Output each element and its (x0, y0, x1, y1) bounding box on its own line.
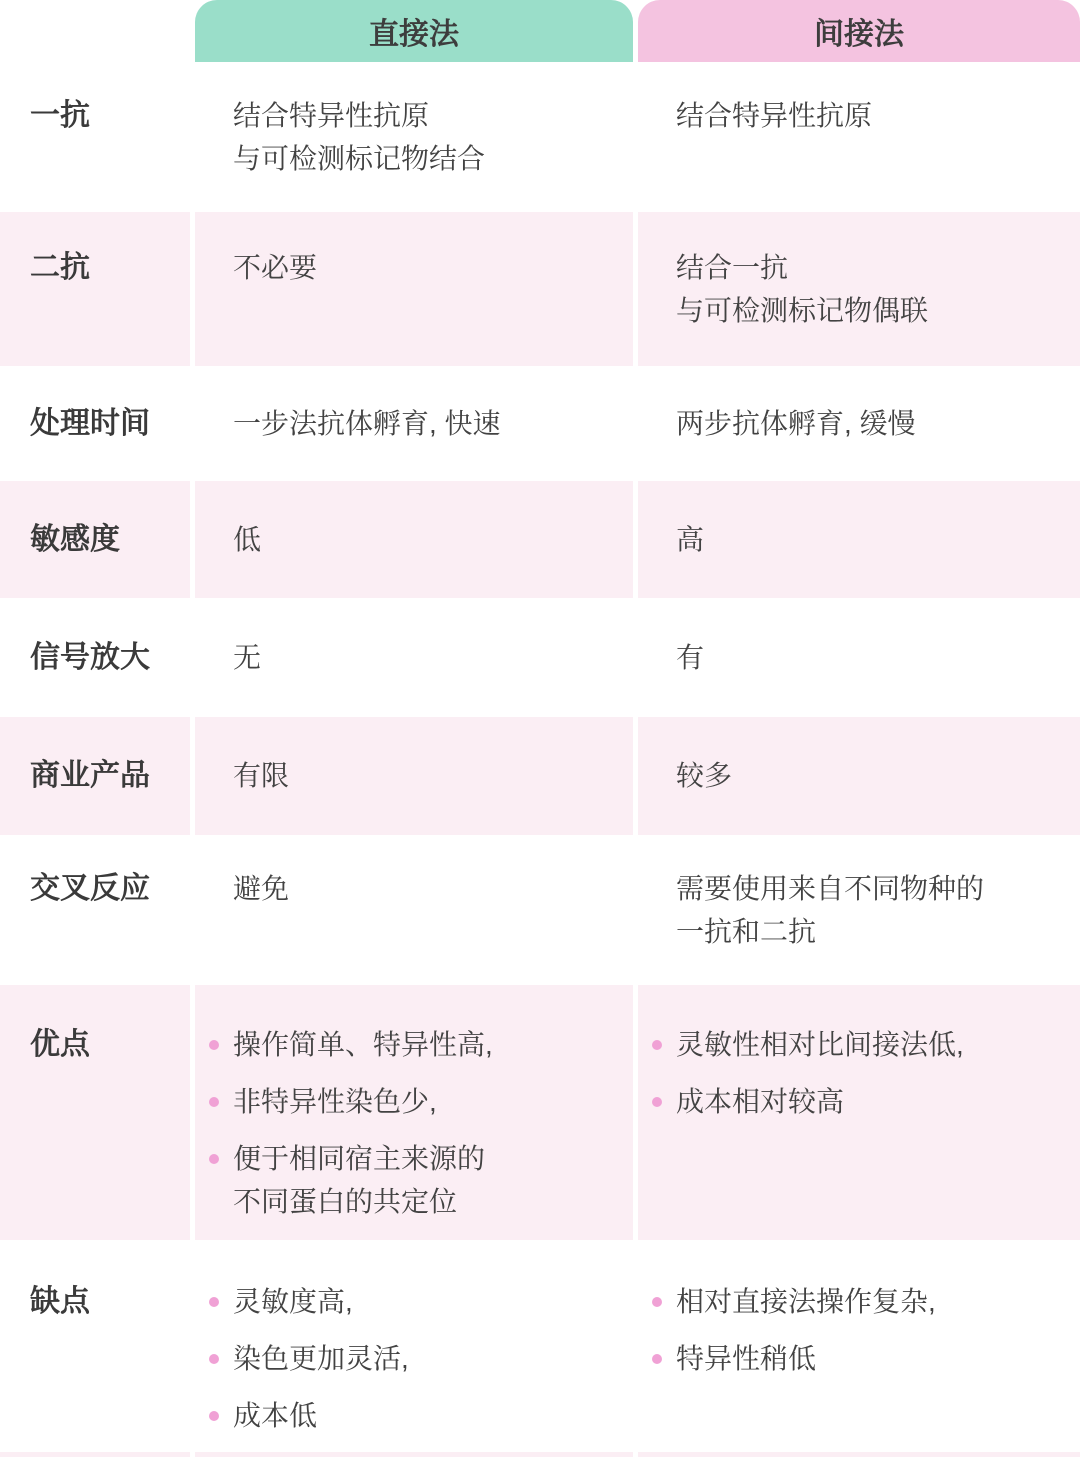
bullet-icon (209, 1097, 219, 1107)
cell-line: 一步法抗体孵育, 快速 (233, 402, 617, 445)
cell-line: 操作简单、特异性高, (233, 1023, 493, 1066)
cell-line: 灵敏度高, (233, 1280, 353, 1323)
cell-line: 不必要 (233, 246, 617, 289)
indirect-cell: 有 (638, 598, 1080, 717)
cell-line: 灵敏性相对比间接法低, (676, 1023, 964, 1066)
row-label: 交叉反应 (0, 835, 190, 985)
bullet-list: 操作简单、特异性高, 非特异性染色少, 便于相同宿主来源的 不同蛋白的共定位 (233, 1023, 617, 1223)
bullet-item: 灵敏度高, (233, 1280, 617, 1323)
row-label: 二抗 (0, 212, 190, 366)
cell-line: 较多 (676, 754, 1064, 797)
table-row: 信号放大 无 有 (0, 598, 1080, 717)
direct-cell: 无 (195, 598, 633, 717)
comparison-table: 直接法 间接法 一抗 结合特异性抗原 与可检测标记物结合 结合特异性抗原 二抗 … (0, 0, 1080, 1457)
direct-cell: 有限 (195, 717, 633, 835)
cell-line: 与可检测标记物偶联 (676, 289, 1064, 332)
bullet-item: 非特异性染色少, (233, 1080, 617, 1123)
direct-cell: 结合特异性抗原 与可检测标记物结合 (195, 62, 633, 212)
row-label: 一抗 (0, 62, 190, 212)
partial-cell (0, 1452, 190, 1457)
indirect-cell: 相对直接法操作复杂, 特异性稍低 (638, 1240, 1080, 1452)
bullet-item: 染色更加灵活, (233, 1337, 617, 1380)
indirect-cell: 较多 (638, 717, 1080, 835)
bullet-item: 灵敏性相对比间接法低, (676, 1023, 1064, 1066)
indirect-method-header: 间接法 (638, 0, 1080, 62)
bullet-icon (209, 1411, 219, 1421)
direct-cell: 操作简单、特异性高, 非特异性染色少, 便于相同宿主来源的 不同蛋白的共定位 (195, 985, 633, 1240)
bullet-icon (652, 1040, 662, 1050)
indirect-cell: 高 (638, 481, 1080, 598)
bullet-list: 灵敏度高, 染色更加灵活, 成本低 (233, 1280, 617, 1437)
indirect-cell: 灵敏性相对比间接法低, 成本相对较高 (638, 985, 1080, 1240)
cell-line: 成本低 (233, 1394, 317, 1437)
row-label: 处理时间 (0, 366, 190, 481)
direct-cell: 灵敏度高, 染色更加灵活, 成本低 (195, 1240, 633, 1452)
cell-line: 与可检测标记物结合 (233, 137, 617, 180)
cell-line: 成本相对较高 (676, 1080, 844, 1123)
table-row: 处理时间 一步法抗体孵育, 快速 两步抗体孵育, 缓慢 (0, 366, 1080, 481)
cell-line: 有限 (233, 754, 617, 797)
cell-line: 不同蛋白的共定位 (233, 1180, 485, 1223)
bullet-item: 相对直接法操作复杂, (676, 1280, 1064, 1323)
row-label: 缺点 (0, 1240, 190, 1452)
table-row: 敏感度 低 高 (0, 481, 1080, 598)
direct-method-header: 直接法 (195, 0, 633, 62)
indirect-cell: 两步抗体孵育, 缓慢 (638, 366, 1080, 481)
table-row: 二抗 不必要 结合一抗 与可检测标记物偶联 (0, 212, 1080, 366)
cell-line: 有 (676, 636, 1064, 679)
indirect-cell: 结合一抗 与可检测标记物偶联 (638, 212, 1080, 366)
table-row: 缺点 灵敏度高, 染色更加灵活, 成本低 (0, 1240, 1080, 1452)
bullet-icon (652, 1354, 662, 1364)
cell-line: 染色更加灵活, (233, 1337, 409, 1380)
bullet-item: 特异性稍低 (676, 1337, 1064, 1380)
bullet-icon (209, 1154, 219, 1164)
partial-cell (638, 1452, 1080, 1457)
cell-line: 非特异性染色少, (233, 1080, 437, 1123)
direct-cell: 避免 (195, 835, 633, 985)
cell-line: 高 (676, 518, 1064, 561)
table-row: 商业产品 有限 较多 (0, 717, 1080, 835)
cell-line: 一抗和二抗 (676, 910, 1064, 953)
indirect-cell: 需要使用来自不同物种的 一抗和二抗 (638, 835, 1080, 985)
direct-cell: 一步法抗体孵育, 快速 (195, 366, 633, 481)
cell-line: 便于相同宿主来源的 (233, 1137, 485, 1180)
cell-line: 特异性稍低 (676, 1337, 816, 1380)
bullet-icon (652, 1297, 662, 1307)
partial-cell (195, 1452, 633, 1457)
table-row: 优点 操作简单、特异性高, 非特异性染色少, 便于相同宿主来源的 不同蛋白的共定… (0, 985, 1080, 1240)
row-label: 信号放大 (0, 598, 190, 717)
cell-line: 结合特异性抗原 (676, 94, 1064, 137)
cell-line: 无 (233, 636, 617, 679)
bullet-item: 操作简单、特异性高, (233, 1023, 617, 1066)
bullet-list: 灵敏性相对比间接法低, 成本相对较高 (676, 1023, 1064, 1123)
bullet-icon (652, 1097, 662, 1107)
table-row: 一抗 结合特异性抗原 与可检测标记物结合 结合特异性抗原 (0, 62, 1080, 212)
indirect-cell: 结合特异性抗原 (638, 62, 1080, 212)
bullet-item: 成本低 (233, 1394, 617, 1437)
cell-line: 需要使用来自不同物种的 (676, 867, 1064, 910)
row-label: 敏感度 (0, 481, 190, 598)
row-label: 优点 (0, 985, 190, 1240)
direct-cell: 不必要 (195, 212, 633, 366)
bullet-item: 便于相同宿主来源的 不同蛋白的共定位 (233, 1137, 617, 1223)
table-row: 交叉反应 避免 需要使用来自不同物种的 一抗和二抗 (0, 835, 1080, 985)
cell-line: 避免 (233, 867, 617, 910)
bullet-item: 成本相对较高 (676, 1080, 1064, 1123)
cell-line: 结合特异性抗原 (233, 94, 617, 137)
direct-cell: 低 (195, 481, 633, 598)
partial-next-row (0, 1452, 1080, 1457)
bullet-icon (209, 1297, 219, 1307)
row-label: 商业产品 (0, 717, 190, 835)
cell-line: 低 (233, 518, 617, 561)
cell-line: 两步抗体孵育, 缓慢 (676, 402, 1064, 445)
table-header-row: 直接法 间接法 (0, 0, 1080, 62)
bullet-icon (209, 1354, 219, 1364)
bullet-icon (209, 1040, 219, 1050)
cell-line: 相对直接法操作复杂, (676, 1280, 936, 1323)
cell-line: 结合一抗 (676, 246, 1064, 289)
bullet-list: 相对直接法操作复杂, 特异性稍低 (676, 1280, 1064, 1380)
